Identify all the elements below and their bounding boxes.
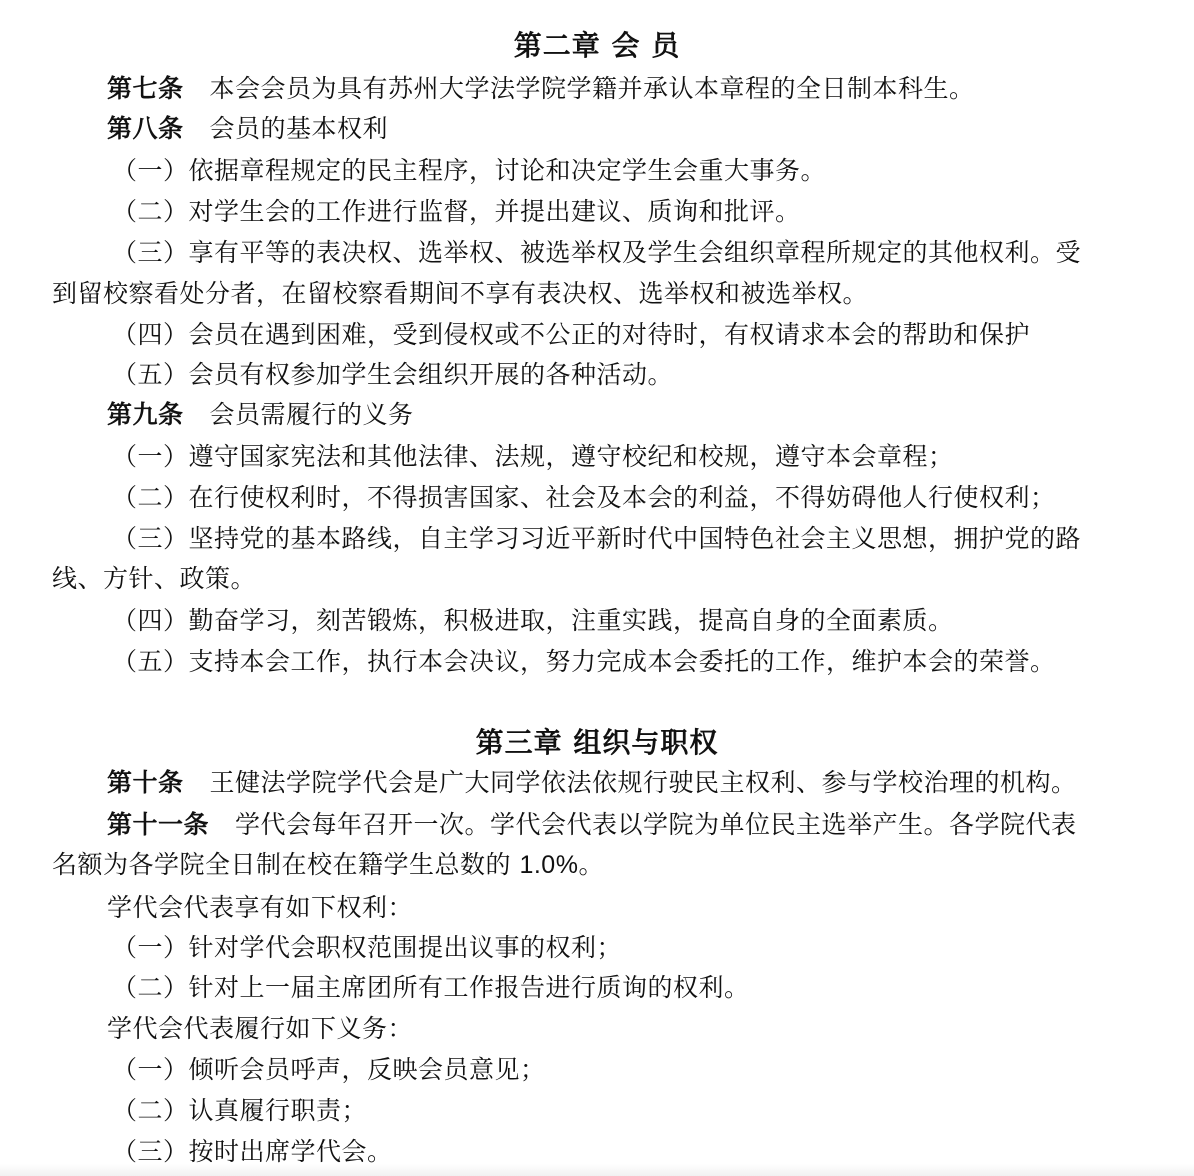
article-10-text: 王健法学院学代会是广大同学依法依规行驶民主权利、参与学校治理的机构。 — [210, 768, 1077, 797]
article-7: 第七条本会会员为具有苏州大学法学院学籍并承认本章程的全日制本科生。 — [107, 74, 975, 104]
rights-item-2: （二）针对上一届主席团所有工作报告进行质询的权利。 — [112, 973, 750, 1003]
article-9-item-4: （四）勤奋学习，刻苦锻炼，积极进取，注重实践，提高自身的全面素质。 — [112, 606, 954, 636]
article-8-item-5: （五）会员有权参加学生会组织开展的各种活动。 — [112, 360, 673, 390]
article-8-item-2: （二）对学生会的工作进行监督，并提出建议、质询和批评。 — [112, 197, 801, 227]
article-8-item-4: （四）会员在遇到困难，受到侵权或不公正的对待时，有权请求本会的帮助和保护 — [112, 320, 1030, 350]
article-7-label: 第七条 — [107, 74, 184, 103]
article-9: 第九条会员需履行的义务 — [107, 400, 414, 430]
representative-quota-percentage: 1.0% — [519, 851, 578, 879]
article-8-item-3-continued: 到留校察看处分者，在留校察看期间不享有表决权、选举权和被选举权。 — [52, 279, 868, 309]
duties-item-1: （一）倾听会员呼声，反映会员意见； — [112, 1055, 546, 1085]
article-11-text: 学代会每年召开一次。学代会代表以学院为单位民主选举产生。各学院代表 — [235, 810, 1077, 839]
article-11-continued-text: 名额为各学院全日制在校在籍学生总数的 — [52, 850, 519, 879]
article-11-label: 第十一条 — [107, 810, 209, 839]
article-10: 第十条王健法学院学代会是广大同学依法依规行驶民主权利、参与学校治理的机构。 — [107, 768, 1077, 798]
article-9-item-1: （一）遵守国家宪法和其他法律、法规，遵守校纪和校规，遵守本会章程； — [112, 442, 954, 472]
article-9-label: 第九条 — [107, 400, 184, 429]
chapter-3-title: 第三章 组织与职权 — [0, 726, 1194, 760]
page-bottom-edge — [0, 1164, 1194, 1176]
article-9-text: 会员需履行的义务 — [210, 400, 414, 429]
article-8-text: 会员的基本权利 — [210, 114, 389, 143]
rights-heading: 学代会代表享有如下权利： — [107, 893, 413, 923]
article-9-item-2: （二）在行使权利时，不得损害国家、社会及本会的利益，不得妨碍他人行使权利； — [112, 483, 1056, 513]
duties-item-2: （二）认真履行职责； — [112, 1096, 367, 1126]
article-8-item-1: （一）依据章程规定的民主程序，讨论和决定学生会重大事务。 — [112, 156, 826, 186]
article-10-label: 第十条 — [107, 768, 184, 797]
article-8-label: 第八条 — [107, 114, 184, 143]
article-9-item-5: （五）支持本会工作，执行本会决议，努力完成本会委托的工作，维护本会的荣誉。 — [112, 647, 1056, 677]
document-page: 第二章 会 员 第七条本会会员为具有苏州大学法学院学籍并承认本章程的全日制本科生… — [0, 0, 1194, 1176]
article-11-continued-end: 。 — [578, 850, 604, 879]
rights-item-1: （一）针对学代会职权范围提出议事的权利； — [112, 933, 622, 963]
duties-heading: 学代会代表履行如下义务： — [107, 1014, 413, 1044]
article-9-item-3-continued: 线、方针、政策。 — [52, 564, 256, 594]
article-11-continued: 名额为各学院全日制在校在籍学生总数的 1.0%。 — [52, 850, 604, 880]
chapter-2-title: 第二章 会 员 — [0, 29, 1194, 63]
article-8-item-3: （三）享有平等的表决权、选举权、被选举权及学生会组织章程所规定的其他权利。受 — [112, 238, 1081, 268]
article-9-item-3: （三）坚持党的基本路线，自主学习习近平新时代中国特色社会主义思想，拥护党的路 — [112, 524, 1081, 554]
article-11: 第十一条学代会每年召开一次。学代会代表以学院为单位民主选举产生。各学院代表 — [107, 810, 1077, 840]
article-7-text: 本会会员为具有苏州大学法学院学籍并承认本章程的全日制本科生。 — [210, 74, 975, 103]
article-8: 第八条会员的基本权利 — [107, 114, 388, 144]
duties-item-3: （三）按时出席学代会。 — [112, 1137, 393, 1167]
